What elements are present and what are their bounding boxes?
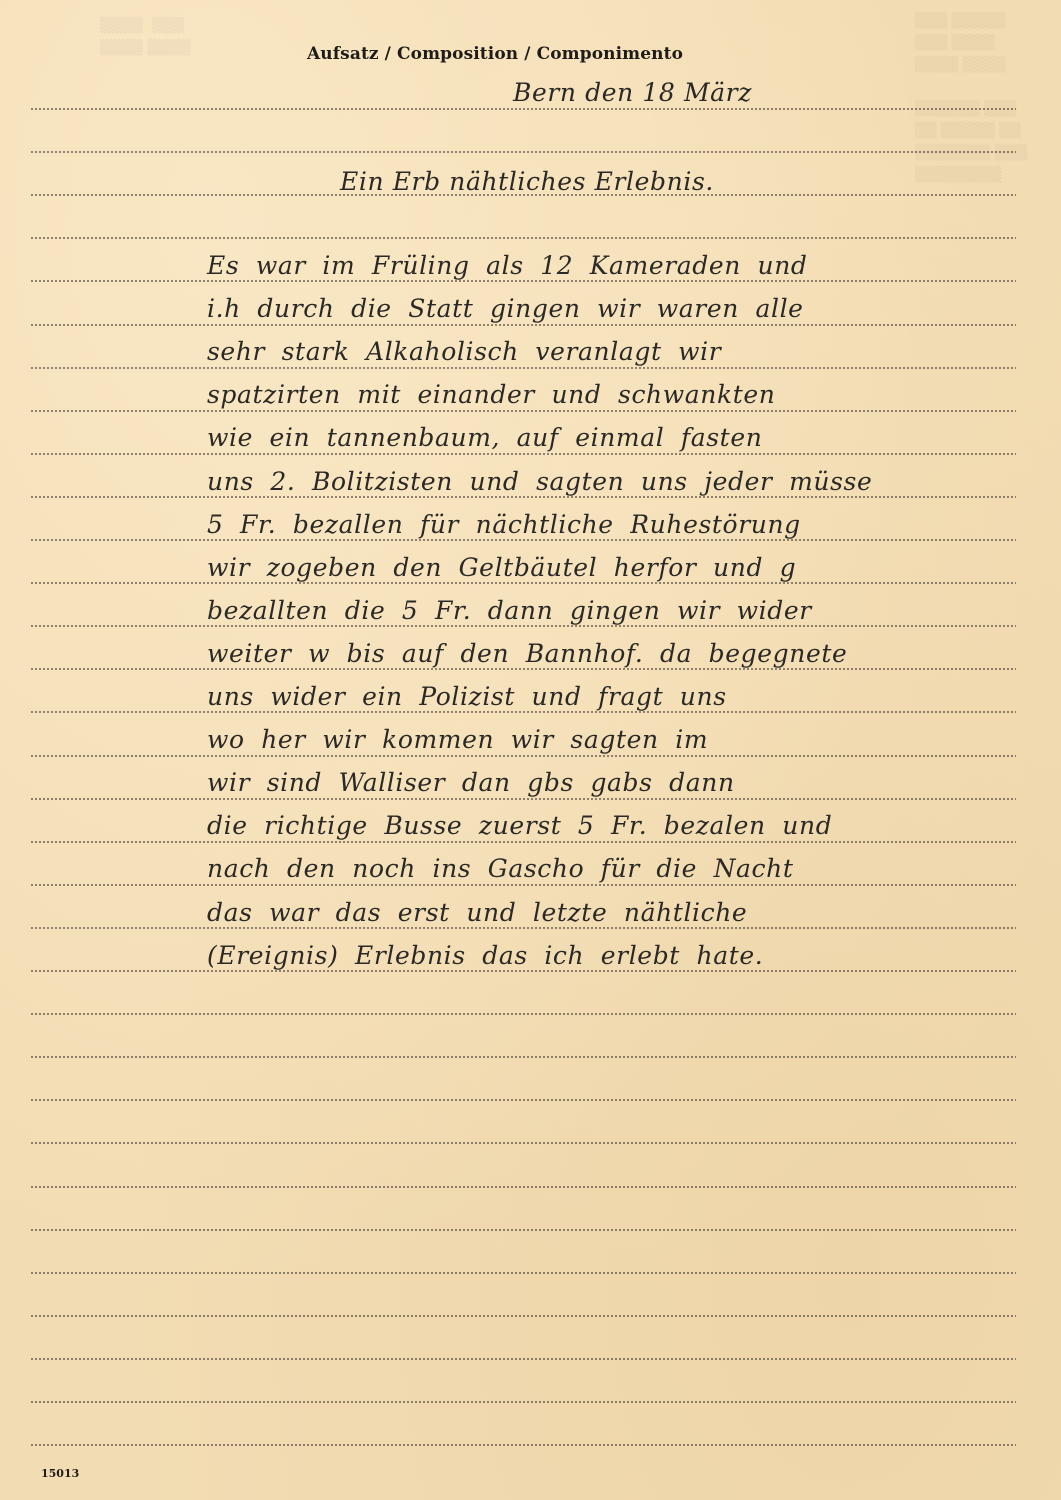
ruled-line [30,1401,1016,1403]
ruled-line [30,151,1016,153]
ruled-line [30,927,1016,929]
ruled-line [30,884,1016,886]
ruled-line [30,237,1016,239]
essay-line: 5 Fr. bezallen für nächtliche Ruhestörun… [207,510,801,539]
ruled-line [30,1358,1016,1360]
ruled-line [30,970,1016,972]
ruled-line [30,453,1016,455]
ruled-line [30,1315,1016,1317]
essay-line: das war das erst und letzte nähtliche [207,898,747,927]
ruled-line [30,108,1016,110]
bleed-through-top-left: ▒▒▒▒ ▒▒▒ ▒▒▒▒ ▒▒▒▒ [100,15,191,59]
ruled-line [30,625,1016,627]
essay-line: bezallten die 5 Fr. dann gingen wir wide… [207,596,812,625]
date-line: Bern den 18 März [513,78,752,107]
essay-line: uns 2. Bolitzisten und sagten uns jeder … [207,467,872,496]
essay-line: Es war im Früling als 12 Kameraden und [207,251,808,280]
ruled-line [30,1013,1016,1015]
essay-line: wie ein tannenbaum, auf einmal fasten [207,423,762,452]
essay-line: nach den noch ins Gascho für die Nacht [207,854,794,883]
essay-title: Ein Erb nähtliches Erlebnis. [340,167,714,196]
ruled-line [30,711,1016,713]
essay-line: i.h durch die Statt gingen wir waren all… [207,294,804,323]
ruled-line [30,496,1016,498]
ruled-line [30,841,1016,843]
ruled-line [30,1142,1016,1144]
composition-sheet: ▒▒▒ ▒▒▒▒▒ ▒▒▒ ▒▒▒▒ ▒▒▒▒ ▒▒▒▒ ▒▒▒▒▒▒ ▒▒▒ … [0,0,1061,1500]
ruled-line [30,280,1016,282]
form-number: 15013 [41,1467,79,1480]
essay-line: die richtige Busse zuerst 5 Fr. bezalen … [207,811,832,840]
ruled-line [30,1272,1016,1274]
ruled-line [30,324,1016,326]
ruled-line [30,1229,1016,1231]
essay-line: weiter w bis auf den Bannhof. da begegne… [207,639,847,668]
essay-line: spatzirten mit einander und schwankten [207,380,775,409]
ruled-line [30,1099,1016,1101]
ruled-line [30,755,1016,757]
ruled-line [30,367,1016,369]
ruled-line [30,1444,1016,1446]
ruled-line [30,1056,1016,1058]
essay-line: wo her wir kommen wir sagten im [207,725,708,754]
essay-line: uns wider ein Polizist und fragt uns [207,682,727,711]
essay-line: wir zogeben den Geltbäutel herfor und g [207,553,796,582]
ruled-line [30,410,1016,412]
ruled-line [30,798,1016,800]
essay-line: sehr stark Alkaholisch veranlagt wir [207,337,721,366]
essay-line: wir sind Walliser dan gbs gabs dann [207,768,735,797]
ruled-line [30,668,1016,670]
form-header-title: Aufsatz / Composition / Componimento [307,44,737,64]
ruled-line [30,1186,1016,1188]
bleed-through-top-right: ▒▒▒ ▒▒▒▒▒ ▒▒▒ ▒▒▒▒ ▒▒▒▒ ▒▒▒▒ ▒▒▒▒▒▒ ▒▒▒ … [915,10,1027,186]
essay-line: (Ereignis) Erlebnis das ich erlebt hate. [207,941,763,970]
ruled-line [30,539,1016,541]
ruled-line [30,582,1016,584]
